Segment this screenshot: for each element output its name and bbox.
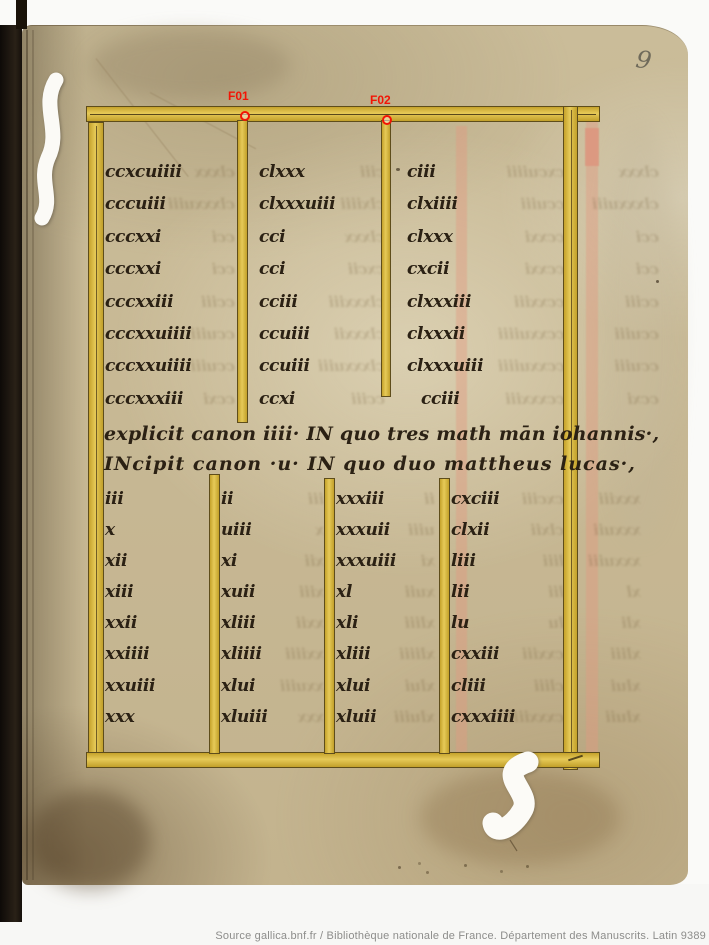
marker-f01-label: F01 bbox=[228, 89, 249, 103]
canon-numeral: ciii bbox=[407, 156, 483, 188]
canon-numeral: ccuiii bbox=[259, 318, 335, 350]
canon-numeral: xli bbox=[336, 608, 396, 639]
ghost-numeral: ccuiii bbox=[592, 318, 659, 350]
ghost-numeral: xi bbox=[394, 546, 435, 577]
ghost-numeral: xli bbox=[588, 608, 641, 639]
explicit-line: explicit canon iiii· IN quo tres math mā… bbox=[104, 423, 659, 445]
canon-numeral: xuii bbox=[221, 577, 268, 608]
canon-numeral: xxxuii bbox=[336, 515, 396, 546]
ghost-numeral: clxxx bbox=[592, 156, 659, 188]
ghost-numeral: xii bbox=[280, 546, 324, 577]
marker-f01-point[interactable] bbox=[240, 111, 250, 121]
bleedthrough-column: ii uiii xi xuii xliii xliiii xlui xluiii bbox=[394, 484, 435, 733]
canon-numeral: cccxxuiiii bbox=[105, 318, 192, 350]
canon-numeral: cciii bbox=[407, 383, 483, 415]
edge-speckles bbox=[398, 866, 401, 869]
ghost-numeral: lu bbox=[508, 608, 564, 639]
canon-numeral: cxxxiiii bbox=[451, 702, 515, 733]
column-divider-bottom-3 bbox=[439, 478, 450, 754]
parchment-tear bbox=[26, 70, 80, 230]
ghost-numeral: xxxuii bbox=[588, 515, 641, 546]
canon-numeral: clxii bbox=[451, 515, 515, 546]
ghost-numeral: uiii bbox=[394, 515, 435, 546]
canon-numeral: xxiiii bbox=[105, 639, 155, 670]
canon-numeral: iii bbox=[105, 484, 155, 515]
canon-numeral: xliii bbox=[221, 608, 268, 639]
canon-numeral: clxxxiii bbox=[407, 286, 483, 318]
canon-numeral: xii bbox=[105, 546, 155, 577]
canon-numeral: clxxxuiii bbox=[407, 350, 483, 382]
ghost-numeral: cci bbox=[592, 221, 659, 253]
canon-numeral: xluii bbox=[336, 702, 396, 733]
canon-numeral: clxxxuiii bbox=[259, 188, 335, 220]
canon-numeral: cccuiii bbox=[105, 188, 192, 220]
canon-numeral: xlui bbox=[336, 671, 396, 702]
canon-numeral: xliii bbox=[336, 639, 396, 670]
canon-numeral: x bbox=[105, 515, 155, 546]
bleedthrough-column: iii x xii xiii xxii xxiiii xxuiii xxx bbox=[280, 484, 324, 733]
canon-numeral: xxxuiii bbox=[336, 546, 396, 577]
ghost-numeral: cci bbox=[592, 253, 659, 285]
canon-numeral: cccxxiii bbox=[105, 286, 192, 318]
ghost-numeral: xluiii bbox=[394, 702, 435, 733]
canon-numeral: lii bbox=[451, 577, 515, 608]
bleedthrough-column: clxxx clxxxuiii cci cci cciii ccuiii ccu… bbox=[592, 156, 659, 415]
canon-numeral: clxiiii bbox=[407, 188, 483, 220]
binding-notch bbox=[16, 0, 27, 29]
canon-numeral: cciii bbox=[259, 286, 335, 318]
canon-bottom-column-2: ii uiii xi xuii xliii xliiii xlui xluiii bbox=[221, 484, 268, 733]
canon-numeral: xl bbox=[336, 577, 396, 608]
canon-numeral: cci bbox=[259, 253, 335, 285]
ghost-numeral: ccxi bbox=[592, 383, 659, 415]
ghost-numeral: lii bbox=[508, 577, 564, 608]
ghost-numeral: liii bbox=[508, 546, 564, 577]
bleedthrough-column: xxxiii xxxuii xxxuiii xl xli xliii xlui … bbox=[588, 484, 641, 733]
ghost-numeral: xliii bbox=[394, 608, 435, 639]
canon-top-column-2: clxxx clxxxuiii cci cci cciii ccuiii ccu… bbox=[259, 156, 335, 415]
column-divider-bottom-2 bbox=[324, 478, 335, 754]
book-binding bbox=[0, 25, 22, 922]
canon-numeral: cci bbox=[259, 221, 335, 253]
source-caption: Source gallica.bnf.fr / Bibliothèque nat… bbox=[0, 930, 706, 942]
canon-bottom-column-3: xxxiii xxxuii xxxuiii xl xli xliii xlui … bbox=[336, 484, 396, 733]
ghost-numeral: ii bbox=[394, 484, 435, 515]
ghost-numeral: clxxxuiii bbox=[592, 188, 659, 220]
stain bbox=[30, 790, 150, 890]
canon-numeral: ccuiii bbox=[259, 350, 335, 382]
ghost-numeral: xxiiii bbox=[280, 639, 324, 670]
canon-numeral: uiii bbox=[221, 515, 268, 546]
ghost-numeral: cxxxiiii bbox=[508, 702, 564, 733]
frame-top-bar bbox=[86, 106, 600, 122]
ghost-numeral: xl bbox=[588, 577, 641, 608]
ghost-numeral: xxuiii bbox=[280, 671, 324, 702]
canon-numeral: cliii bbox=[451, 671, 515, 702]
ghost-numeral: xliii bbox=[588, 639, 641, 670]
canon-numeral: xliiii bbox=[221, 639, 268, 670]
canon-bottom-column-1: iii x xii xiii xxii xxiiii xxuiii xxx bbox=[105, 484, 155, 733]
canon-numeral: cccxxuiiii bbox=[105, 350, 192, 382]
ghost-numeral: clxii bbox=[508, 515, 564, 546]
ghost-numeral: cciii bbox=[592, 286, 659, 318]
canon-numeral: xiii bbox=[105, 577, 155, 608]
canon-numeral: ii bbox=[221, 484, 268, 515]
column-divider-top-2 bbox=[381, 120, 391, 397]
parchment-repair-curl bbox=[466, 748, 566, 853]
ghost-numeral: xluii bbox=[588, 702, 641, 733]
fly-speck bbox=[396, 168, 400, 171]
canon-numeral: xlui bbox=[221, 671, 268, 702]
canon-bottom-column-4: cxciii clxii liii lii lu cxxiii cliii cx… bbox=[451, 484, 515, 733]
ghost-numeral: xlui bbox=[394, 671, 435, 702]
canon-numeral: cccxxxiii bbox=[105, 383, 192, 415]
canon-top-column-1: ccxcuiiii cccuiii cccxxi cccxxi cccxxiii… bbox=[105, 156, 192, 415]
ghost-numeral: x bbox=[280, 515, 324, 546]
manuscript-scan: clxxx clxxxuiii cci cci cciii ccuiii ccu… bbox=[0, 0, 709, 945]
marker-f02-label: F02 bbox=[370, 93, 391, 107]
canon-numeral: xi bbox=[221, 546, 268, 577]
canon-numeral: cccxxi bbox=[105, 221, 192, 253]
canon-numeral: cccxxi bbox=[105, 253, 192, 285]
bleedthrough-column: cxciii clxii liii lii lu cxxiii cliii cx… bbox=[508, 484, 564, 733]
column-divider-bottom-1 bbox=[209, 474, 220, 754]
canon-numeral: ccxcuiiii bbox=[105, 156, 192, 188]
canon-numeral: ccxi bbox=[259, 383, 335, 415]
canon-numeral: lu bbox=[451, 608, 515, 639]
ghost-numeral: xliiii bbox=[394, 639, 435, 670]
canon-numeral: clxxx bbox=[259, 156, 335, 188]
canon-numeral: xxxiii bbox=[336, 484, 396, 515]
ghost-numeral: iii bbox=[280, 484, 324, 515]
canon-numeral: clxxxii bbox=[407, 318, 483, 350]
canon-numeral: cxciii bbox=[451, 484, 515, 515]
ghost-numeral: xxx bbox=[280, 702, 324, 733]
canon-top-column-3: ciii clxiiii clxxx cxcii clxxxiii clxxxi… bbox=[407, 156, 483, 415]
canon-numeral: xxuiii bbox=[105, 671, 155, 702]
ghost-numeral: cxxiii bbox=[508, 639, 564, 670]
ghost-numeral: xxii bbox=[280, 608, 324, 639]
ghost-numeral: xuii bbox=[394, 577, 435, 608]
canon-numeral: cxcii bbox=[407, 253, 483, 285]
canon-numeral: liii bbox=[451, 546, 515, 577]
canon-numeral: xxx bbox=[105, 702, 155, 733]
canon-numeral: xxii bbox=[105, 608, 155, 639]
frame-left-border bbox=[88, 122, 104, 756]
ghost-numeral: cliii bbox=[508, 671, 564, 702]
incipit-line: INcipit canon ·u· IN quo duo mattheus lu… bbox=[104, 453, 636, 475]
ghost-numeral: xiii bbox=[280, 577, 324, 608]
ghost-numeral: xxxiii bbox=[588, 484, 641, 515]
marker-f02-point[interactable] bbox=[382, 115, 392, 125]
ghost-numeral: xlui bbox=[588, 671, 641, 702]
ghost-numeral: cxciii bbox=[508, 484, 564, 515]
canon-numeral: clxxx bbox=[407, 221, 483, 253]
ghost-numeral: xxxuiii bbox=[588, 546, 641, 577]
ghost-numeral: ccuiii bbox=[592, 350, 659, 382]
canon-numeral: xluiii bbox=[221, 702, 268, 733]
column-divider-top-1 bbox=[237, 120, 248, 423]
canon-numeral: cxxiii bbox=[451, 639, 515, 670]
